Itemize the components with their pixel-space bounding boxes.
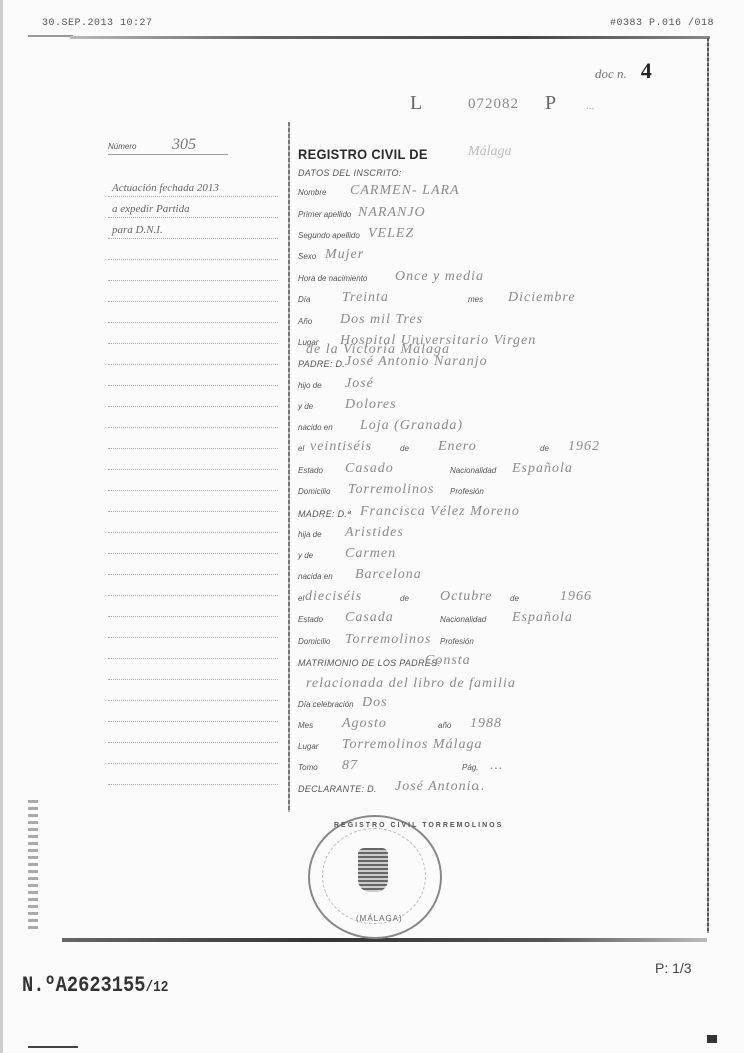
field-value: veintiséis	[310, 439, 372, 455]
field-value: José	[345, 376, 374, 392]
field-label-secondary: Profesión	[450, 487, 484, 496]
margin-dotted-line	[108, 574, 278, 576]
field-label: Día celebración	[298, 700, 354, 709]
reference-note: doc n.4	[595, 58, 652, 84]
field-value-secondary: ...	[490, 758, 504, 774]
margin-dotted-line	[108, 427, 278, 429]
field-label: hijo de	[298, 381, 322, 390]
margin-dotted-line	[108, 490, 278, 492]
field-value: Mujer	[325, 247, 364, 263]
margin-note-3: para D.N.I.	[112, 224, 163, 236]
field-value: Dos	[362, 695, 388, 711]
field-label: Estado	[298, 615, 323, 624]
field-label: Estado	[298, 466, 323, 475]
certificate-prefix: N.º	[22, 973, 56, 998]
reference-prefix: doc n.	[595, 66, 627, 81]
field-value-tertiary: 1966	[560, 589, 592, 605]
serial-suffix: P	[545, 92, 556, 115]
field-label: Tomo	[298, 763, 318, 772]
margin-dotted-line	[108, 196, 278, 198]
field-value: Carmen	[345, 546, 396, 562]
field-label: MATRIMONIO DE LOS PADRES:	[298, 658, 440, 668]
margin-dotted-line	[108, 343, 278, 345]
field-label-secondary: mes	[468, 295, 483, 304]
field-value: Barcelona	[355, 567, 422, 583]
field-label-secondary: de	[400, 444, 409, 453]
field-value: Loja (Granada)	[360, 418, 463, 434]
center-divider	[288, 122, 290, 812]
scan-mark	[707, 1035, 717, 1043]
field-value-secondary: Octubre	[440, 589, 492, 605]
margin-dotted-line	[108, 322, 278, 324]
field-label: Sexo	[298, 252, 316, 261]
numero-label: Número	[108, 142, 136, 151]
field-label: y de	[298, 402, 313, 411]
field-value-secondary: Diciembre	[508, 290, 576, 306]
margin-dotted-line	[108, 238, 278, 240]
field-value-tertiary: 1962	[568, 439, 600, 455]
coat-of-arms-icon	[358, 848, 388, 892]
field-label: Primer apellido	[298, 210, 351, 219]
field-value: Torremolinos	[345, 632, 431, 648]
top-rule-fragment	[28, 35, 73, 37]
margin-dotted-line	[108, 721, 278, 723]
field-label: Nombre	[298, 188, 326, 197]
field-label: y de	[298, 551, 313, 560]
margin-dotted-line	[108, 679, 278, 681]
field-value: José Antonio Naranjo	[345, 354, 488, 370]
field-value: Torremolinos Málaga	[342, 737, 482, 753]
field-value: Dos mil Tres	[340, 312, 423, 328]
field-label: el	[298, 444, 304, 453]
stamp-bottom-text: (MÁLAGA)	[356, 914, 403, 923]
field-label-secondary: Nacionalidad	[440, 615, 486, 624]
margin-dotted-line	[108, 301, 278, 303]
serial-tail: ...	[586, 100, 594, 112]
field-value-continued: relacionada del libro de familia	[306, 676, 516, 692]
margin-dotted-line	[108, 658, 278, 660]
certificate-suffix: /12	[145, 979, 168, 996]
field-value: Dolores	[345, 397, 397, 413]
margin-dotted-line	[108, 364, 278, 366]
field-label: Año	[298, 317, 312, 326]
field-value: Torremolinos	[348, 482, 434, 498]
reference-number: 4	[641, 58, 652, 83]
field-value-secondary: Enero	[438, 439, 477, 455]
margin-dotted-line	[108, 385, 278, 387]
margin-note-2: a expedir Partida	[112, 203, 190, 215]
margin-dotted-line	[108, 448, 278, 450]
field-value-secondary: Española	[512, 610, 573, 626]
field-label: Mes	[298, 721, 313, 730]
field-label: Domicilio	[298, 637, 330, 646]
registry-city: Málaga	[468, 144, 512, 160]
margin-dotted-line	[108, 784, 278, 786]
margin-dotted-line	[108, 553, 278, 555]
field-value: 87	[342, 758, 358, 774]
stamp-top-text: REGISTRO CIVIL TORREMOLINOS	[334, 822, 503, 829]
field-label: Domicilio	[298, 487, 330, 496]
numero-value: 305	[172, 136, 196, 154]
field-label: Lugar	[298, 742, 318, 751]
field-label-secondary: de	[400, 594, 409, 603]
field-value: Francisca Vélez Moreno	[360, 504, 520, 520]
field-label-secondary: Pág.	[462, 763, 478, 772]
margin-dotted-line	[108, 259, 278, 261]
serial-number: 072082	[468, 96, 519, 113]
margin-dotted-line	[108, 280, 278, 282]
field-value: VELEZ	[368, 226, 414, 242]
field-label: hija de	[298, 530, 322, 539]
field-value: NARANJO	[358, 205, 426, 221]
margin-dotted-line	[108, 763, 278, 765]
margin-note-1: Actuación fechada 2013	[112, 182, 219, 194]
field-label-secondary: Nacionalidad	[450, 466, 496, 475]
field-label-tertiary: de	[540, 444, 549, 453]
field-value: dieciséis	[305, 589, 362, 605]
field-label: Segundo apellido	[298, 231, 360, 240]
field-value: Consta	[425, 653, 471, 669]
field-label-tertiary: de	[510, 594, 519, 603]
field-label: PADRE: D.	[298, 359, 345, 369]
registry-title: REGISTRO CIVIL DE	[298, 146, 428, 162]
page-indicator: P: 1/3	[655, 960, 692, 976]
field-label: Hora de nacimiento	[298, 274, 367, 283]
serial-letter: L	[410, 92, 422, 115]
bottom-rule	[62, 938, 707, 942]
fax-page-ref: #0383 P.016 /018	[610, 18, 714, 29]
field-label: MADRE: D.ª	[298, 509, 351, 519]
margin-dotted-line	[108, 637, 278, 639]
field-value: Casada	[345, 610, 394, 626]
field-label: DECLARANTE: D.	[298, 784, 377, 794]
margin-dotted-line	[108, 700, 278, 702]
field-value: Treinta	[342, 290, 389, 306]
field-value: CARMEN- LARA	[350, 183, 460, 199]
margin-dotted-line	[108, 511, 278, 513]
field-label: nacida en	[298, 572, 333, 581]
right-border	[707, 38, 709, 933]
margin-dotted-line	[108, 532, 278, 534]
field-value: José Antonio	[395, 779, 479, 795]
margin-dotted-line	[108, 217, 278, 219]
field-value: Agosto	[342, 716, 387, 732]
field-label-secondary: Profesión	[440, 637, 474, 646]
field-value-secondary: ...	[472, 779, 486, 795]
margin-dotted-line	[108, 406, 278, 408]
side-vertical-text	[28, 800, 38, 930]
margin-dotted-line	[108, 616, 278, 618]
field-value-secondary: 1988	[470, 716, 502, 732]
field-label: el	[298, 594, 304, 603]
margin-dotted-line	[108, 595, 278, 597]
scan-dash	[28, 1046, 78, 1048]
field-value: Casado	[345, 461, 394, 477]
certificate-number: N.ºA2623155/12	[22, 973, 168, 998]
section-heading: DATOS DEL INSCRITO:	[298, 168, 402, 178]
field-label: Día	[298, 295, 310, 304]
field-value: Once y media	[395, 269, 484, 285]
top-rule	[70, 36, 710, 39]
field-value-secondary: Española	[512, 461, 573, 477]
numero-rule	[108, 154, 228, 155]
certificate-value: A2623155	[56, 973, 146, 998]
fax-timestamp: 30.SEP.2013 10:27	[42, 18, 153, 29]
margin-dotted-line	[108, 742, 278, 744]
scan-left-edge	[0, 0, 3, 1053]
margin-dotted-line	[108, 469, 278, 471]
field-label-secondary: año	[438, 721, 451, 730]
field-label: nacido en	[298, 423, 333, 432]
field-value: Aristides	[345, 525, 404, 541]
